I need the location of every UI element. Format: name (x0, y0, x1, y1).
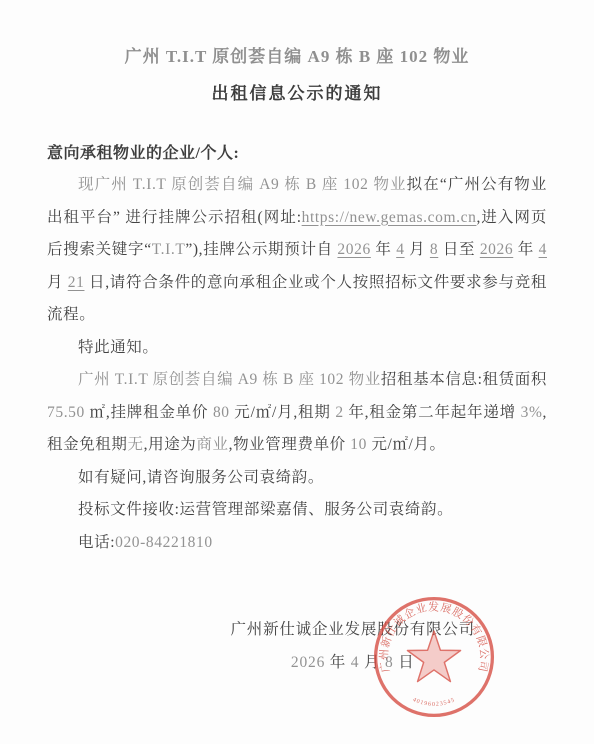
signature-year-value: 2026 (291, 654, 325, 671)
lease-area-value: 75.50 (47, 404, 85, 421)
text-run: 年 (513, 241, 538, 258)
start-month-value: 4 (396, 241, 404, 258)
end-day-value: 21 (68, 274, 85, 291)
platform-url-link[interactable]: https://new.gemas.com.cn (302, 209, 477, 226)
phone-label: 电话: (78, 534, 115, 551)
signature-block: 广州新仕诚企业发展股份有限公司 2026 年 4 月 8 日 (47, 613, 547, 679)
rent-free-period-value: 无 (128, 436, 144, 453)
end-month-value: 4 (539, 241, 547, 258)
phone-number-value: 020-84221810 (115, 534, 213, 551)
paragraph-bid-reception: 投标文件接收:运营管理部梁嘉倩、服务公司袁绮韵。 (47, 494, 547, 527)
text-run: 日至 (438, 241, 480, 258)
text-run: 日,请符合条件的意向承租企业或个人按照招标文件要求参与竞租流程。 (47, 274, 547, 324)
text-run: 月 (47, 274, 68, 291)
lease-term-value: 2 (335, 404, 343, 421)
text-run: 年,租金第二年起年递增 (344, 404, 521, 421)
property-name: 现广州 T.I.T 原创荟自编 A9 栋 B 座 102 物业 (78, 176, 407, 193)
usage-value: 商业 (196, 436, 228, 453)
text-run: 日 (394, 654, 415, 671)
text-run: ,用途为 (144, 436, 197, 453)
rent-unit-price-value: 80 (213, 404, 230, 421)
signature-company-name: 广州新仕诚企业发展股份有限公司 (230, 613, 475, 646)
text-run: 招租基本信息:租赁面积 (381, 371, 547, 388)
paragraph-listing-announcement: 现广州 T.I.T 原创荟自编 A9 栋 B 座 102 物业拟在“广州公有物业… (47, 169, 547, 332)
paragraph-hereby-notice: 特此通知。 (47, 332, 547, 365)
signature-date: 2026 年 4 月 8 日 (230, 646, 475, 679)
page-title-property-name: 广州 T.I.T 原创荟自编 A9 栋 B 座 102 物业 (47, 44, 547, 70)
page-title-notice: 出租信息公示的通知 (47, 81, 547, 107)
text-run: ㎡,挂牌租金单价 (85, 404, 213, 421)
paragraph-inquiry-contact: 如有疑问,请咨询服务公司袁绮韵。 (47, 462, 547, 495)
property-name: 广州 T.I.T 原创荟自编 A9 栋 B 座 102 物业 (78, 371, 381, 388)
text-run: 年 (371, 241, 396, 258)
management-fee-value: 10 (350, 436, 367, 453)
text-run: 月 (405, 241, 430, 258)
annual-increase-value: 3% (521, 404, 543, 421)
text-run: ,物业管理费单价 (229, 436, 351, 453)
paragraph-leasing-info: 广州 T.I.T 原创荟自编 A9 栋 B 座 102 物业招租基本信息:租赁面… (47, 364, 547, 462)
text-run: 月 (359, 654, 385, 671)
text-run: 年 (325, 654, 351, 671)
start-year-value: 2026 (337, 241, 370, 258)
paragraph-phone: 电话:020-84221810 (47, 527, 547, 560)
text-run: ”),挂牌公示期预计自 (185, 241, 337, 258)
text-run: 元/㎡/月,租期 (230, 404, 336, 421)
end-year-value: 2026 (480, 241, 513, 258)
text-run: 元/㎡/月。 (367, 436, 446, 453)
salutation: 意向承租物业的企业/个人: (47, 139, 547, 169)
notice-document-page: 广州 T.I.T 原创荟自编 A9 栋 B 座 102 物业 出租信息公示的通知… (0, 0, 594, 744)
search-keyword-value: T.I.T (152, 241, 186, 258)
signature-day-value: 8 (385, 654, 394, 671)
start-day-value: 8 (430, 241, 438, 258)
